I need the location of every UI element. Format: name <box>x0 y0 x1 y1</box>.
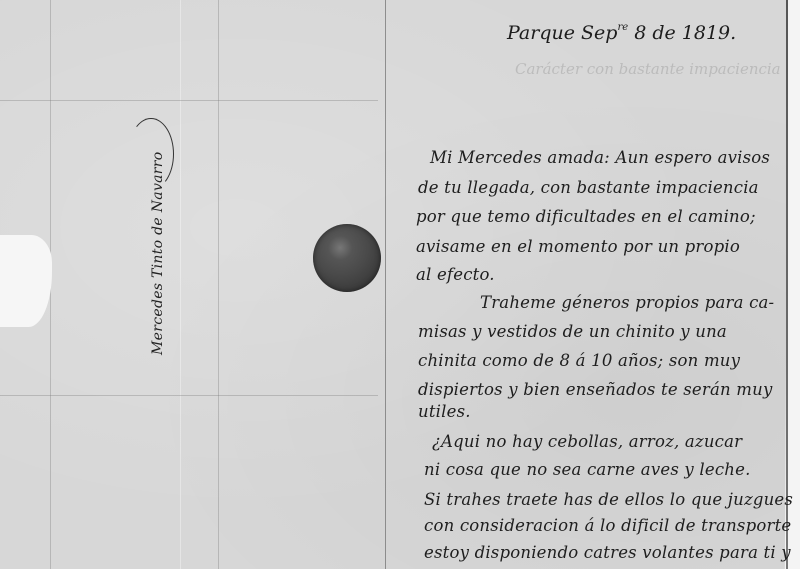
letter-line: por que temo dificultades en el camino; <box>416 207 756 226</box>
letter-line: ¿Aqui no hay cebollas, arroz, azucar <box>432 432 742 451</box>
letter-line: al efecto. <box>416 265 495 284</box>
letter-line: chinita como de 8 á 10 años; son muy <box>418 351 740 370</box>
letter-line: Si trahes traete has de ellos lo que juz… <box>424 490 793 509</box>
letter-line: de tu llegada, con bastante impaciencia <box>418 178 759 197</box>
center-fold-line <box>385 0 386 569</box>
letter-line: avisame en el momento por un propio <box>416 237 740 256</box>
date-year: 8 de 1819. <box>628 22 736 44</box>
envelope-address: Mercedes Tinto de Navarro <box>150 151 166 355</box>
date-superscript: re <box>617 22 628 33</box>
letter-line: utiles. <box>418 402 471 421</box>
letter-line: misas y vestidos de un chinito y una <box>418 322 727 341</box>
fold-line <box>180 0 181 569</box>
place-date-line: Parque Sepre 8 de 1819. <box>507 22 736 44</box>
fold-line <box>0 395 378 396</box>
fold-line <box>218 0 219 569</box>
letter-line: con consideracion á lo dificil de transp… <box>424 516 791 535</box>
wax-seal <box>313 224 381 292</box>
fold-line <box>0 100 378 101</box>
letter-body: Parque Sepre 8 de 1819. Mi Mercedes amad… <box>410 0 788 569</box>
letter-line: estoy disponiendo catres volantes para t… <box>424 543 791 562</box>
letter-line: Traheme géneros propios para ca- <box>480 293 774 312</box>
letter-line: dispiertos y bien enseñados te serán muy <box>418 380 772 399</box>
letter-line: ni cosa que no sea carne aves y leche. <box>424 460 751 479</box>
place-date: Parque Sep <box>507 22 617 44</box>
letter-line: Mi Mercedes amada: Aun espero avisos <box>430 148 770 167</box>
